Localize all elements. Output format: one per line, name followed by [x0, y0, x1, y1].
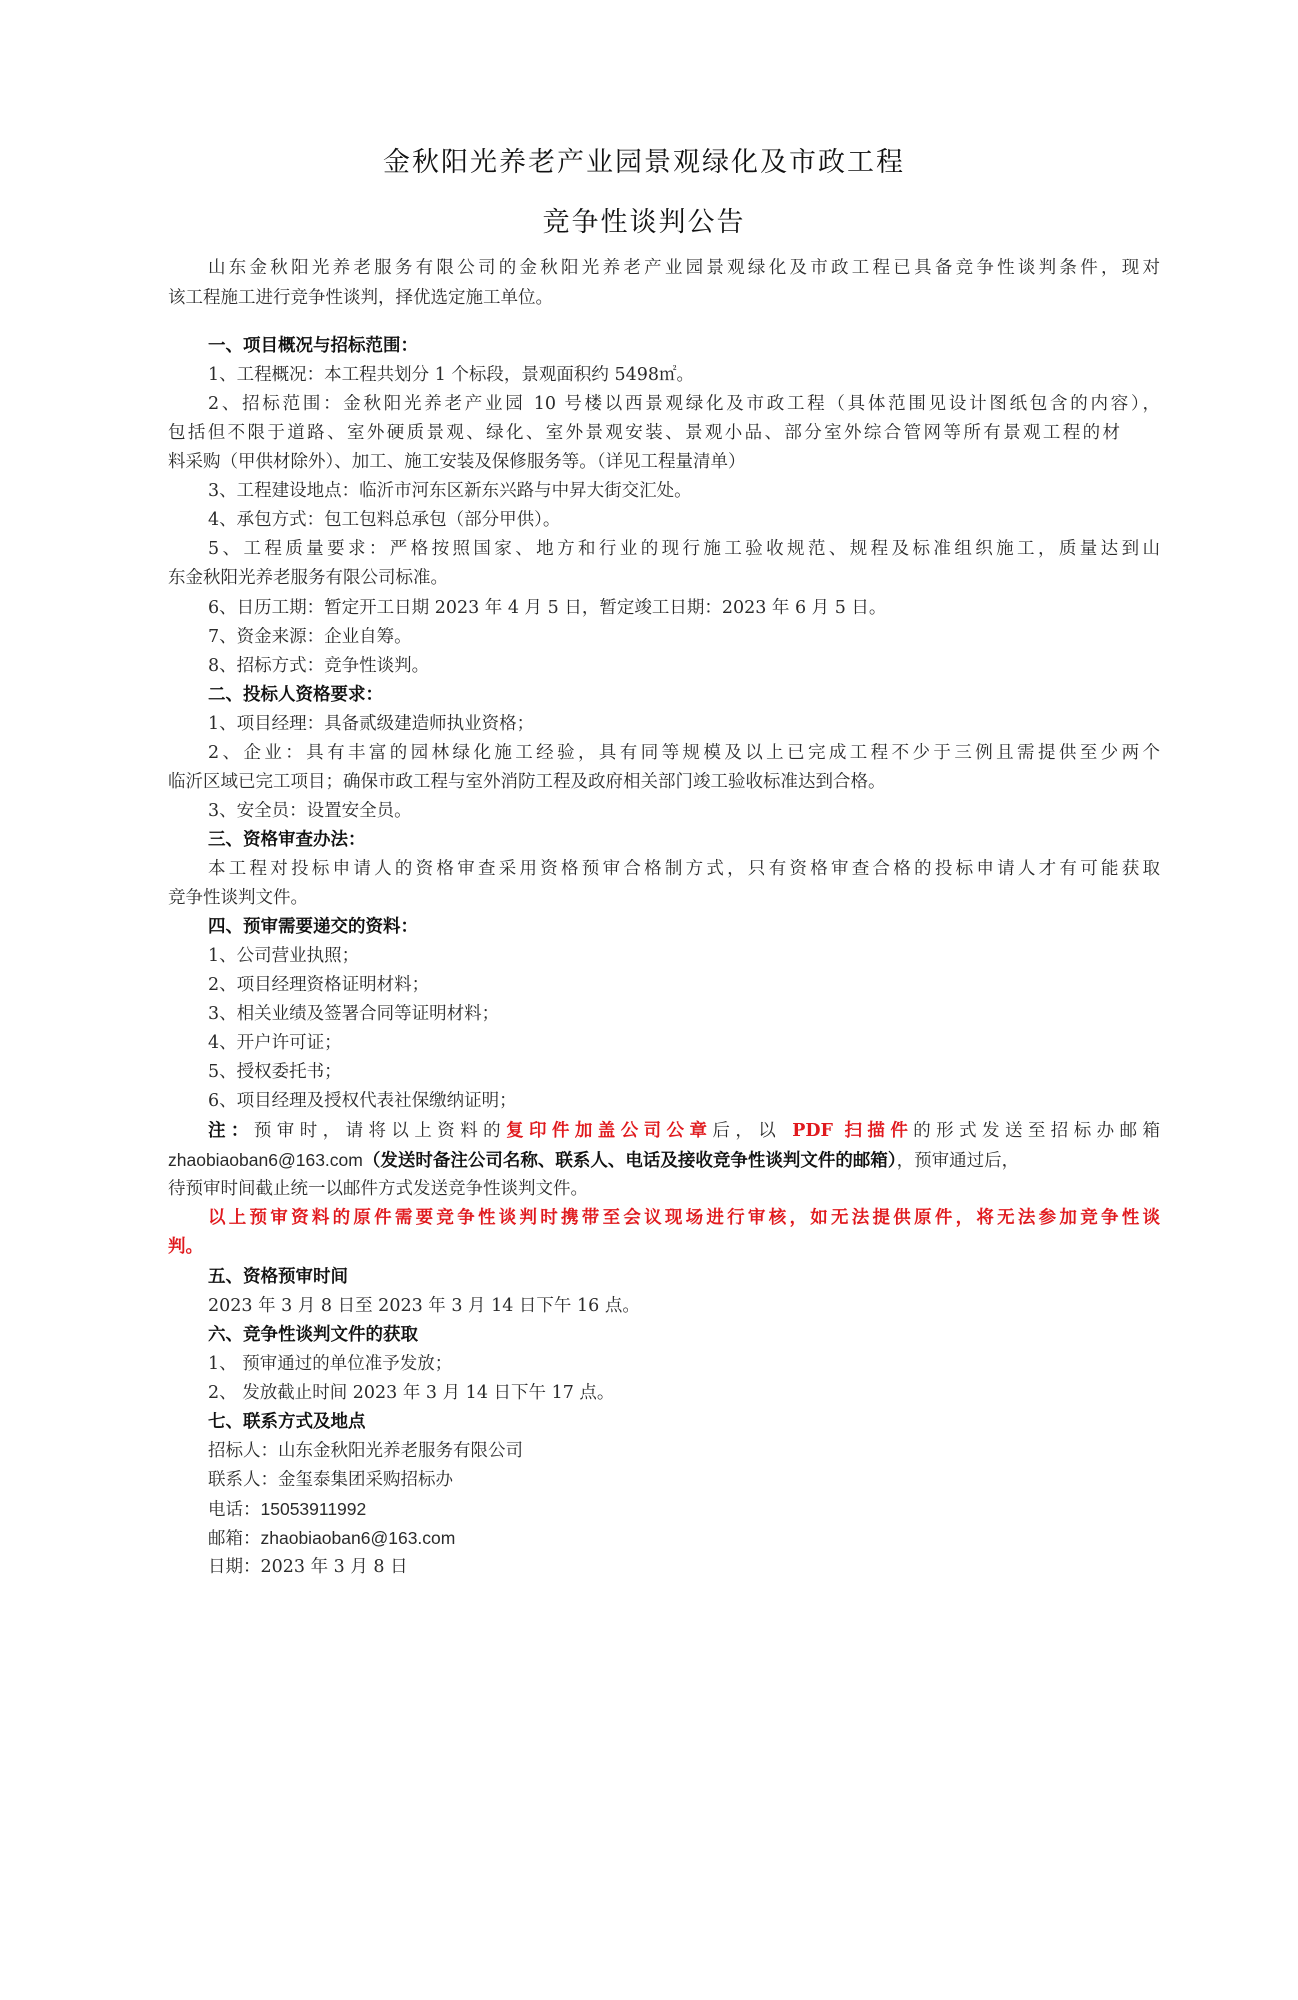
- intro-line-2: 该工程施工进行竞争性谈判，择优选定施工单位。: [168, 286, 1120, 310]
- document-title: 金秋阳光养老产业园景观绿化及市政工程: [168, 140, 1120, 179]
- section-1-heading: 一、项目概况与招标范围：: [168, 334, 1160, 358]
- list-item: 料采购（甲供材除外）、加工、施工安装及保修服务等。（详见工程量清单）: [168, 450, 1120, 474]
- list-item: 2、项目经理资格证明材料；: [168, 973, 1160, 997]
- section-4-heading: 四、预审需要递交的资料：: [168, 915, 1160, 939]
- list-item: 1、公司营业执照；: [168, 944, 1160, 968]
- note-highlight-stamp: 复印件加盖公司公章: [506, 1121, 712, 1141]
- list-item: 5、授权委托书；: [168, 1060, 1160, 1084]
- paragraph: 本工程对投标申请人的资格审查采用资格预审合格制方式，只有资格审查合格的投标申请人…: [168, 857, 1160, 881]
- list-item: 东金秋阳光养老服务有限公司标准。: [168, 566, 1120, 590]
- note-highlight-pdf: PDF 扫描件: [792, 1121, 913, 1141]
- list-item: 3、工程建设地点：临沂市河东区新东兴路与中昇大街交汇处。: [168, 479, 1160, 503]
- note-text: ，预审通过后，: [897, 1151, 1020, 1171]
- contact-phone: 电话：15053911992: [168, 1497, 1160, 1521]
- note-line-2: zhaobiaoban6@163.com（发送时备注公司名称、联系人、电话及接收…: [168, 1148, 1120, 1173]
- list-item: 6、项目经理及授权代表社保缴纳证明；: [168, 1089, 1160, 1113]
- list-item: 5、工程质量要求：严格按照国家、地方和行业的现行施工验收规范、规程及标准组织施工…: [168, 537, 1160, 561]
- list-item: 1、工程概况：本工程共划分 1 个标段，景观面积约 5498㎡。: [168, 363, 1160, 387]
- note-text: 的形式发送至招标办邮箱: [913, 1121, 1160, 1141]
- note-label: 注：: [208, 1121, 254, 1141]
- list-item: 4、开户许可证；: [168, 1031, 1160, 1055]
- section-6-heading: 六、竞争性谈判文件的获取: [168, 1323, 1160, 1347]
- list-item: 1、 预审通过的单位准予发放；: [168, 1352, 1160, 1376]
- warning-line-2: 判。: [168, 1235, 1120, 1259]
- contact-bidder: 招标人：山东金秋阳光养老服务有限公司: [168, 1439, 1160, 1463]
- list-item: 4、承包方式：包工包料总承包（部分甲供）。: [168, 508, 1160, 532]
- contact-email[interactable]: 邮箱：zhaobiaoban6@163.com: [168, 1526, 1160, 1550]
- note-line-1: 注：预审时，请将以上资料的复印件加盖公司公章后，以 PDF 扫描件的形式发送至招…: [168, 1119, 1160, 1143]
- note-text: 后，以: [712, 1121, 792, 1141]
- contact-date: 日期：2023 年 3 月 8 日: [168, 1555, 1160, 1579]
- list-item: 7、资金来源：企业自筹。: [168, 625, 1160, 649]
- email-link[interactable]: zhaobiaoban6@163.com: [168, 1150, 363, 1170]
- list-item: 1、项目经理：具备贰级建造师执业资格；: [168, 712, 1160, 736]
- note-bold-text: （发送时备注公司名称、联系人、电话及接收竞争性谈判文件的邮箱）: [363, 1151, 897, 1171]
- note-text: 预审时，请将以上资料的: [254, 1121, 506, 1141]
- list-item: 3、相关业绩及签署合同等证明材料；: [168, 1002, 1160, 1026]
- list-item: 3、安全员：设置安全员。: [168, 799, 1160, 823]
- section-7-heading: 七、联系方式及地点: [168, 1410, 1160, 1434]
- list-item: 2、招标范围：金秋阳光养老产业园 10 号楼以西景观绿化及市政工程（具体范围见设…: [168, 392, 1160, 416]
- intro-line-1: 山东金秋阳光养老服务有限公司的金秋阳光养老产业园景观绿化及市政工程已具备竞争性谈…: [168, 256, 1160, 280]
- paragraph: 竞争性谈判文件。: [168, 886, 1120, 910]
- document-subtitle: 竞争性谈判公告: [168, 200, 1120, 239]
- list-item: 临沂区域已完工项目；确保市政工程与室外消防工程及政府相关部门竣工验收标准达到合格…: [168, 770, 1120, 794]
- list-item: 2、 发放截止时间 2023 年 3 月 14 日下午 17 点。: [168, 1381, 1160, 1405]
- list-item: 包括但不限于道路、室外硬质景观、绿化、室外景观安装、景观小品、部分室外综合管网等…: [168, 421, 1120, 445]
- list-item: 2、企业：具有丰富的园林绿化施工经验，具有同等规模及以上已完成工程不少于三例且需…: [168, 741, 1160, 765]
- list-item: 6、日历工期：暂定开工日期 2023 年 4 月 5 日，暂定竣工日期：2023…: [168, 596, 1160, 620]
- contact-person: 联系人：金玺泰集团采购招标办: [168, 1468, 1160, 1492]
- note-line-3: 待预审时间截止统一以邮件方式发送竞争性谈判文件。: [168, 1177, 1120, 1201]
- section-3-heading: 三、资格审查办法：: [168, 828, 1160, 852]
- section-5-heading: 五、资格预审时间: [168, 1265, 1160, 1289]
- warning-line-1: 以上预审资料的原件需要竞争性谈判时携带至会议现场进行审核，如无法提供原件，将无法…: [168, 1206, 1160, 1230]
- list-item: 8、招标方式：竞争性谈判。: [168, 654, 1160, 678]
- section-2-heading: 二、投标人资格要求：: [168, 683, 1160, 707]
- paragraph: 2023 年 3 月 8 日至 2023 年 3 月 14 日下午 16 点。: [168, 1294, 1160, 1318]
